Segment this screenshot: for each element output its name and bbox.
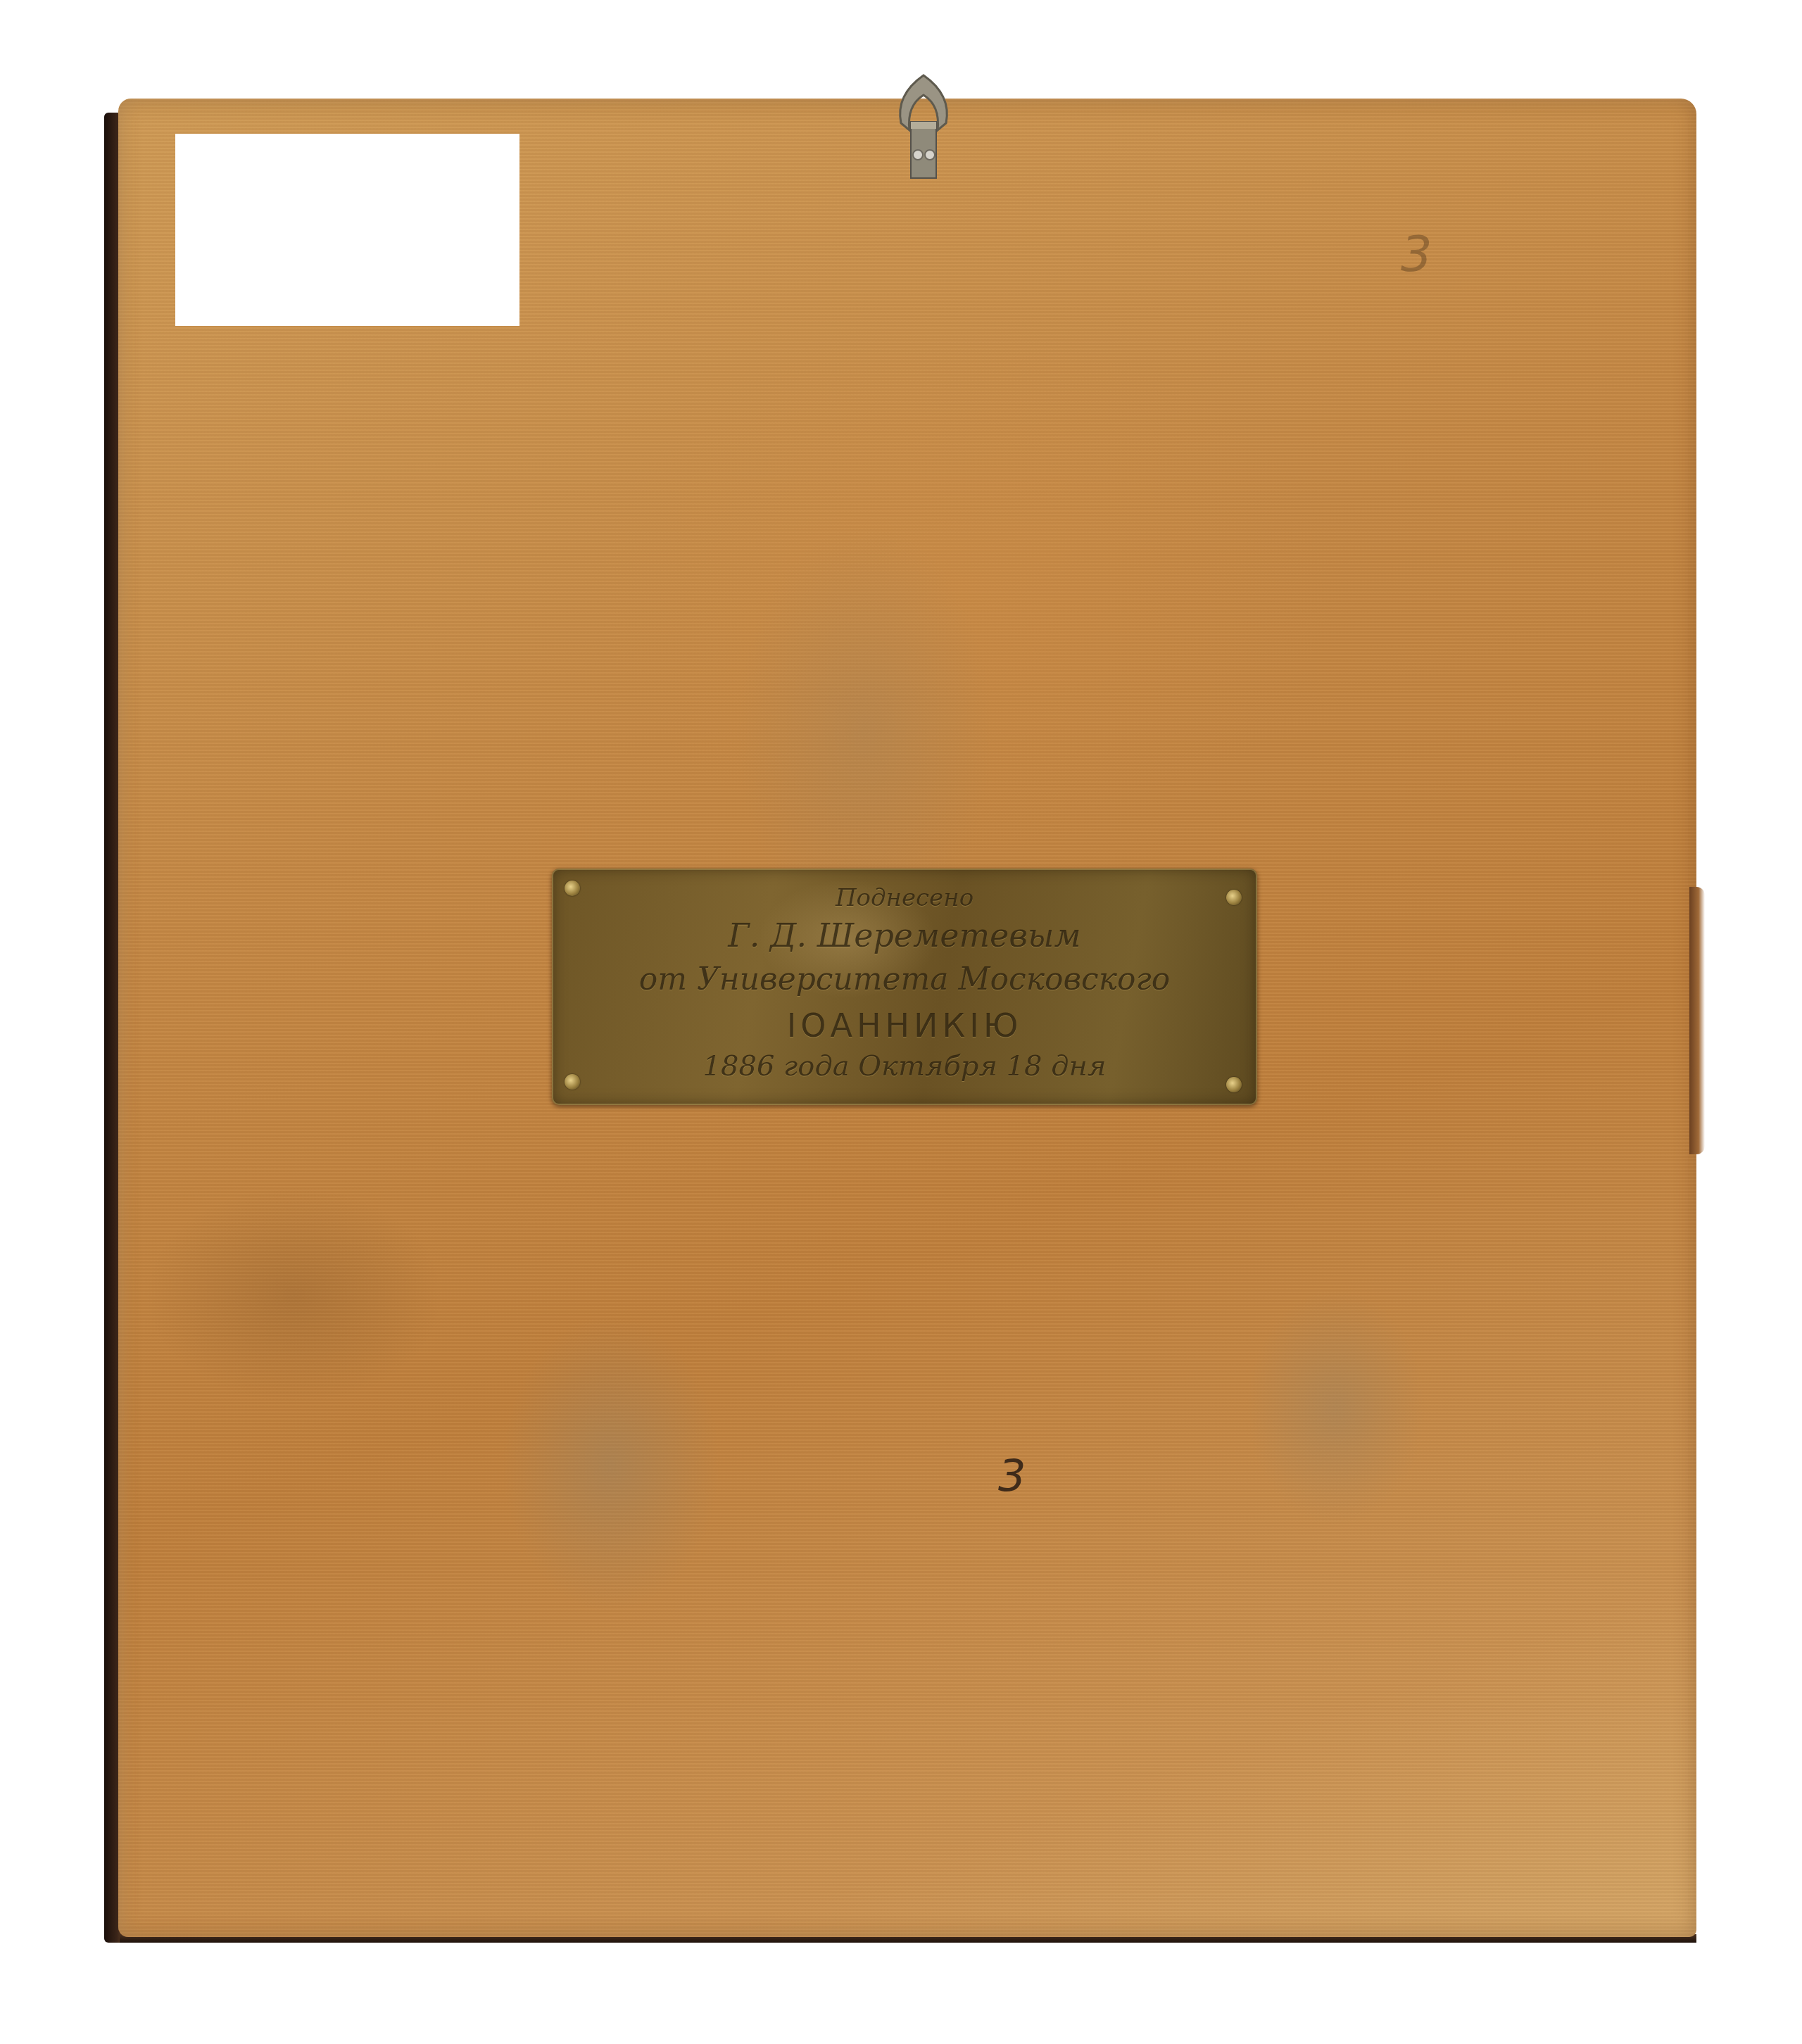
pencil-number-top: 3 [1401, 225, 1432, 283]
redacted-label [175, 134, 519, 326]
plaque-line-5: 1886 года Октября 18 дня [552, 1050, 1257, 1083]
plaque-line-1: Поднесено [552, 884, 1257, 912]
plaque-line-4: ІОАННИКІЮ [552, 1007, 1257, 1045]
frayed-velvet-edge [1689, 887, 1705, 1154]
plaque-line-2: Г. Д. Шереметевым [552, 916, 1257, 954]
hanging-hook-icon [888, 67, 959, 187]
brass-plaque: Поднесено Г. Д. Шереметевым от Университ… [552, 869, 1257, 1105]
pencil-number-bottom: 3 [998, 1450, 1026, 1501]
plaque-line-3: от Университета Московского [552, 961, 1257, 997]
